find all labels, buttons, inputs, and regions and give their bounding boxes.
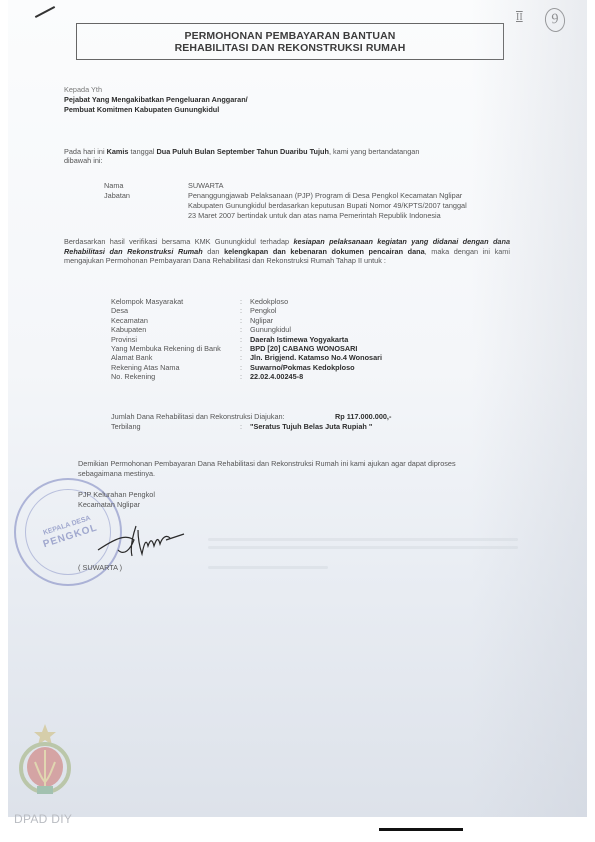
detail-colon: :	[240, 353, 242, 362]
detail-value: 22.02.4.00245-8	[250, 372, 303, 381]
recipient-line-1: Pejabat Yang Mengakibatkan Pengeluaran A…	[64, 95, 248, 105]
verification-text-1: Berdasarkan hasil verifikasi bersama KMK…	[64, 237, 293, 246]
jabatan-line-1: Penanggungjawab Pelaksanaan (PJP) Progra…	[188, 191, 462, 201]
signature-title-line-2: Kecamatan Nglipar	[78, 500, 140, 510]
detail-colon: :	[240, 325, 242, 334]
document-title-box: PERMOHONAN PEMBAYARAN BANTUAN REHABILITA…	[76, 23, 504, 60]
amount-value: Rp 117.000.000,-	[335, 412, 391, 422]
nama-label: Nama	[104, 181, 123, 191]
detail-label: Rekening Atas Nama	[111, 363, 180, 372]
detail-label: Kecamatan	[111, 316, 148, 325]
amount-words-value: "Seratus Tujuh Belas Juta Rupiah "	[250, 422, 372, 432]
title-line-1: PERMOHONAN PEMBAYARAN BANTUAN	[77, 30, 503, 42]
handwritten-signature	[96, 520, 186, 560]
jabatan-line-2: Kabupaten Gunungkidul berdasarkan keputu…	[188, 201, 467, 211]
opening-mid: tanggal	[129, 147, 157, 156]
recipient-line-2: Pembuat Komitmen Kabupaten Gunungkidul	[64, 105, 219, 115]
opening-date: Dua Puluh Bulan September Tahun Duaribu …	[157, 147, 329, 156]
detail-colon: :	[240, 297, 242, 306]
signer-name: ( SUWARTA )	[78, 563, 122, 573]
detail-label: Desa	[111, 306, 128, 315]
verification-bold-2: kelengkapan dan kebenaran dokumen pencai…	[224, 247, 425, 256]
detail-value: Nglipar	[250, 316, 273, 325]
opening-prefix: Pada hari ini	[64, 147, 107, 156]
detail-colon: :	[240, 306, 242, 315]
scale-bar	[379, 828, 463, 831]
detail-colon: :	[240, 316, 242, 325]
opening-line: Pada hari ini Kamis tanggal Dua Puluh Bu…	[64, 147, 419, 157]
detail-label: No. Rekening	[111, 372, 155, 381]
jabatan-label: Jabatan	[104, 191, 130, 201]
detail-colon: :	[240, 372, 242, 381]
detail-colon: :	[240, 363, 242, 372]
circled-page-number: 9	[543, 6, 567, 33]
detail-value: Pengkol	[250, 306, 276, 315]
verification-paragraph: Berdasarkan hasil verifikasi bersama KMK…	[64, 237, 510, 266]
detail-colon: :	[240, 335, 242, 344]
title-line-2: REHABILITASI DAN REKONSTRUKSI RUMAH	[77, 42, 503, 54]
dpad-emblem-icon	[15, 722, 75, 802]
opening-line-2: dibawah ini:	[64, 156, 103, 166]
detail-label: Kabupaten	[111, 325, 146, 334]
bleed-through-line	[208, 566, 328, 569]
detail-value: Jln. Brigjend. Katamso No.4 Wonosari	[250, 353, 382, 362]
bleed-through-line	[208, 538, 518, 541]
recipient-salutation: Kepada Yth	[64, 85, 102, 95]
detail-label: Provinsi	[111, 335, 137, 344]
document-paper: II 9 PERMOHONAN PEMBAYARAN BANTUAN REHAB…	[8, 0, 587, 817]
detail-value: Daerah Istimewa Yogyakarta	[250, 335, 348, 344]
detail-value: Kedokploso	[250, 297, 288, 306]
roman-numeral-mark: II	[516, 12, 523, 23]
detail-colon: :	[240, 344, 242, 353]
detail-label: Kelompok Masyarakat	[111, 297, 183, 306]
jabatan-line-3: 23 Maret 2007 bertindak untuk dan atas n…	[188, 211, 441, 221]
signature-title-line-1: PJP Kelurahan Pengkol	[78, 490, 155, 500]
detail-value: Gunungkidul	[250, 325, 291, 334]
detail-label: Alamat Bank	[111, 353, 152, 362]
closing-line-1: Demikian Permohonan Pembayaran Dana Reha…	[78, 459, 456, 469]
amount-label: Jumlah Dana Rehabilitasi dan Rekonstruks…	[111, 412, 285, 422]
watermark-text: DPAD DIY	[14, 812, 72, 826]
nama-value: SUWARTA	[188, 181, 224, 191]
opening-suffix: , kami yang bertandatangan	[329, 147, 419, 156]
closing-line-2: sebagaimana mestinya.	[78, 469, 155, 479]
verification-text-2: dan	[203, 247, 224, 256]
detail-value: Suwarno/Pokmas Kedokploso	[250, 363, 355, 372]
amount-words-label: Terbilang	[111, 422, 141, 432]
detail-value: BPD [20] CABANG WONOSARI	[250, 344, 357, 353]
bleed-through-line	[208, 546, 518, 549]
pen-mark	[35, 6, 55, 18]
detail-label: Yang Membuka Rekening di Bank	[111, 344, 221, 353]
amount-words-colon: :	[240, 422, 242, 431]
opening-day: Kamis	[107, 147, 129, 156]
